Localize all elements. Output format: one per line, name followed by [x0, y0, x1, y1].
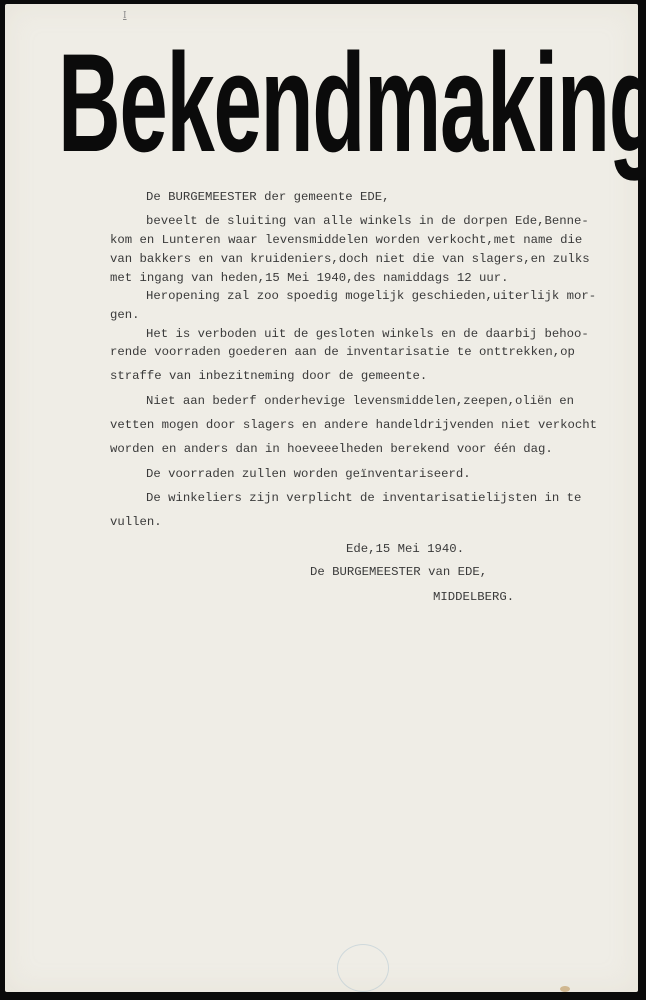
body-line: vetten mogen door slagers en andere hand…: [110, 418, 597, 432]
archive-stamp: [337, 944, 389, 992]
signature-place-date: Ede,15 Mei 1940.: [346, 542, 464, 556]
body-line: vullen.: [110, 515, 162, 529]
body-line: De winkeliers zijn verplicht de inventar…: [146, 491, 581, 505]
body-line: beveelt de sluiting van alle winkels in …: [146, 214, 589, 228]
body-line: kom en Lunteren waar levensmiddelen word…: [110, 233, 582, 247]
body-line: Heropening zal zoo spoedig mogelijk gesc…: [146, 289, 596, 303]
body-line: met ingang van heden,15 Mei 1940,des nam…: [110, 271, 508, 285]
body-line: De BURGEMEESTER der gemeente EDE,: [146, 190, 390, 204]
poster-title-text: Bekendmaking: [58, 28, 646, 178]
body-line: Het is verboden uit de gesloten winkels …: [146, 327, 589, 341]
body-line: gen.: [110, 308, 140, 322]
body-line: straffe van inbezitneming door de gemeen…: [110, 369, 427, 383]
paper-stain: [560, 986, 570, 992]
body-line: van bakkers en van kruideniers,doch niet…: [110, 252, 590, 266]
body-line: worden en anders dan in hoeveeelheden be…: [110, 442, 553, 456]
folio-mark: I: [123, 11, 127, 21]
poster-title: Bekendmaking: [58, 28, 588, 178]
body-line: rende voorraden goederen aan de inventar…: [110, 345, 575, 359]
body-line: Niet aan bederf onderhevige levensmiddel…: [146, 394, 574, 408]
signature-name: MIDDELBERG.: [433, 590, 514, 604]
body-line: De voorraden zullen worden geïnventarise…: [146, 467, 471, 481]
signature-office: De BURGEMEESTER van EDE,: [310, 565, 487, 579]
